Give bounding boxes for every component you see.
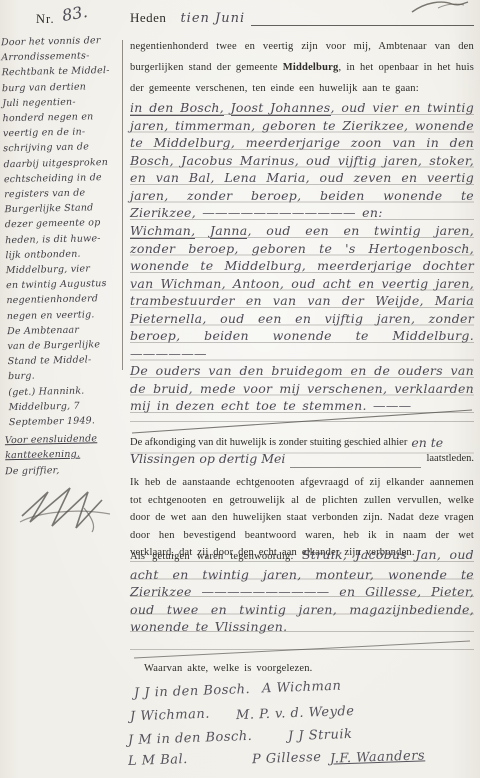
groom-given-names: Joost Johannes: [231, 100, 331, 116]
proclamation-suffix: laatstleden.: [426, 450, 474, 468]
bride-paragraph: Wichman, Janna, oud een en twintig jaren…: [130, 222, 474, 362]
marriage-certificate-scan: Nr. 83. Door het vonnis der Arrondisseme…: [0, 0, 480, 778]
signature-groom: J J in den Bosch.: [134, 682, 251, 701]
gemeente-name: Middelburg: [283, 62, 339, 73]
closing-line: Waarvan akte, welke is voorgelezen.: [144, 663, 312, 674]
date-line: Heden tien Juni: [130, 10, 474, 26]
bride-given-names: Janna: [210, 223, 248, 239]
heden-label: Heden: [130, 10, 166, 26]
cancellation-stroke-1: [130, 404, 474, 436]
signature-mother-bride: M. P. v. d. Weyde: [236, 704, 355, 723]
margin-annotation-divorce-note: Door het vonnis der Arrondissements- Rec…: [1, 33, 123, 431]
bride-surname: Wichman,: [130, 223, 195, 239]
groom-details: , oud vier en twintig jaren, timmerman, …: [130, 100, 474, 220]
witnesses-label: Als getuigen waren tegenwoordig:: [130, 551, 294, 562]
margin-annotation-griffier: De griffier,: [5, 462, 119, 480]
groom-surname: in den Bosch,: [130, 100, 224, 116]
signature-registrar: J.F. Waanders: [330, 748, 426, 766]
witness-connector: —————————— en: [201, 584, 355, 599]
witnesses-paragraph: Als getuigen waren tegenwoordig: Struik,…: [130, 546, 474, 634]
date-fill-rule: [251, 11, 474, 26]
act-number-value: 83.: [61, 2, 89, 25]
signature-father-bride: A Wichman: [262, 679, 342, 697]
cancellation-stroke-2: [130, 632, 474, 662]
signature-father-groom: J M in den Bosch.: [128, 729, 253, 748]
margin-annotation-certification: Voor eensluidende kantteekening.: [5, 431, 120, 464]
groom-bride-connector: en:: [362, 205, 383, 220]
proclamation-handwritten-2: Vlissingen op dertig Mei: [130, 450, 285, 468]
signature-bride: J Wichman.: [130, 707, 210, 725]
groom-paragraph: in den Bosch, Joost Johannes, oud vier e…: [130, 99, 474, 222]
griffier-signature-scrawl: [18, 478, 118, 536]
act-number-label: Nr.: [36, 12, 55, 27]
signature-witness-gillesse: P Gillesse: [252, 750, 322, 767]
margin-divider-line: [122, 40, 123, 370]
date-handwritten: tien Juni: [180, 11, 245, 26]
signature-mother-groom: L M Bal.: [128, 752, 188, 769]
bride-details: , oud een en twintig jaren, zonder beroe…: [130, 223, 474, 361]
proclamation-line-2: Vlissingen op dertig Mei laatstleden.: [130, 450, 474, 468]
signature-witness-struik: J J Struik: [288, 727, 353, 744]
intro-paragraph: negentienhonderd twee en veertig zijn vo…: [130, 36, 474, 99]
proclamation-fill-rule: [290, 455, 421, 468]
